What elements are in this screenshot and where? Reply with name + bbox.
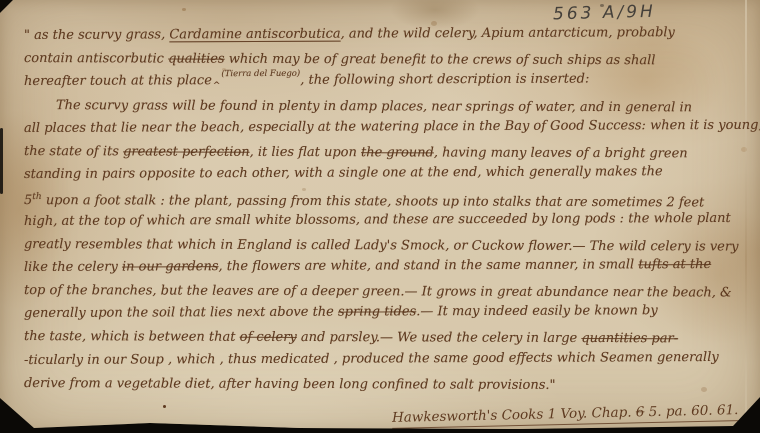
line-text: all places that lie near the beach, espe… xyxy=(24,118,760,136)
line-text: The scurvy grass will be found in plenty… xyxy=(56,98,692,115)
tbar-struck-word: qualities xyxy=(168,52,225,67)
line-text: hereafter touch at this place xyxy=(24,74,212,90)
line-text: top of the branches, but the leaves are … xyxy=(24,283,732,300)
manuscript-line-3: hereafter touch at this place^(Tierra de… xyxy=(24,67,750,93)
manuscript-line-16: derive from a vegetable diet, after havi… xyxy=(24,372,750,398)
line-text: , having many leaves of a bright green xyxy=(434,145,688,161)
scan-background: 563 A/9H " as the scurvy grass, Cardamin… xyxy=(0,0,760,433)
line-text: contain antiscorbutic xyxy=(24,51,168,67)
line-text: the state of its xyxy=(24,144,123,159)
manuscript-line-5: all places that lie near the beach, espe… xyxy=(24,114,750,140)
manuscript-line-11: like the celery in our gardens, the flow… xyxy=(24,253,750,279)
tbar-struck-word: quantities par- xyxy=(581,331,678,346)
manuscript-line-15: -ticularly in our Soup , which , thus me… xyxy=(24,345,750,371)
source-citation: Hawkesworth's Cooks 1 Voy. Chap. 6 5. pa… xyxy=(391,402,738,429)
tbar-struck-word: of celery xyxy=(240,330,297,345)
tbar-struck-word: tufts at the xyxy=(638,257,711,272)
ink-dot xyxy=(163,405,166,408)
line-text: derive from a vegetable diet, after havi… xyxy=(24,376,556,393)
line-text: the taste, which is between that xyxy=(24,329,240,345)
struck-chapter-number: 6 xyxy=(635,404,644,420)
line-text: " as the scurvy grass, xyxy=(24,27,169,43)
tbar-struck-word: greatest perfection xyxy=(123,144,250,159)
insertion-caret: ^ xyxy=(213,82,221,92)
line-text: -ticularly in our Soup , which , thus me… xyxy=(24,350,719,368)
underlined-species-name: Cardamine antiscorbutica xyxy=(169,27,340,43)
line-text: like the celery xyxy=(24,259,122,274)
manuscript-line-1: " as the scurvy grass, Cardamine antisco… xyxy=(24,21,750,47)
manuscript-line-13: generally upon the soil that lies next a… xyxy=(24,299,750,325)
line-text: standing in pairs opposite to each other… xyxy=(24,164,663,182)
manuscript-line-7: standing in pairs opposite to each other… xyxy=(24,160,750,186)
citation-text: 5. pa. 60. 61. xyxy=(644,402,738,420)
line-text: which may be of great benefit to the cre… xyxy=(225,52,656,69)
line-text: .— It may indeed easily be known by xyxy=(416,303,658,319)
tbar-struck-word: the ground xyxy=(361,145,434,160)
tbar-struck-word: spring tides xyxy=(338,305,416,320)
line-text: high, at the top of which are small whit… xyxy=(24,210,731,228)
paper-edge-tear xyxy=(0,128,3,194)
interlinear-insertion: (Tierra del Fuego) xyxy=(221,69,300,79)
line-text: greatly resembles that which in England … xyxy=(24,237,739,254)
tbar-struck-word: in our gardens xyxy=(122,259,219,274)
line-text: , the following short description is ins… xyxy=(300,72,589,88)
line-text: , and the wild celery, Apium antarcticum… xyxy=(341,25,675,41)
manuscript-page: 563 A/9H " as the scurvy grass, Cardamin… xyxy=(0,0,760,433)
manuscript-text: " as the scurvy grass, Cardamine antisco… xyxy=(24,24,750,395)
manuscript-line-9: high, at the top of which are small whit… xyxy=(24,206,750,232)
citation-text: Hawkesworth's Cooks 1 Voy. Chap. xyxy=(391,404,635,426)
line-text: and parsley.— We used the celery in larg… xyxy=(297,330,582,346)
line-text: , the flowers are white, and stand in th… xyxy=(218,257,638,274)
line-text: generally upon the soil that lies next a… xyxy=(24,305,338,321)
ordinal-superscript: th xyxy=(32,192,41,202)
foxing-spots xyxy=(182,8,186,11)
line-text: , it lies flat upon xyxy=(250,145,361,160)
